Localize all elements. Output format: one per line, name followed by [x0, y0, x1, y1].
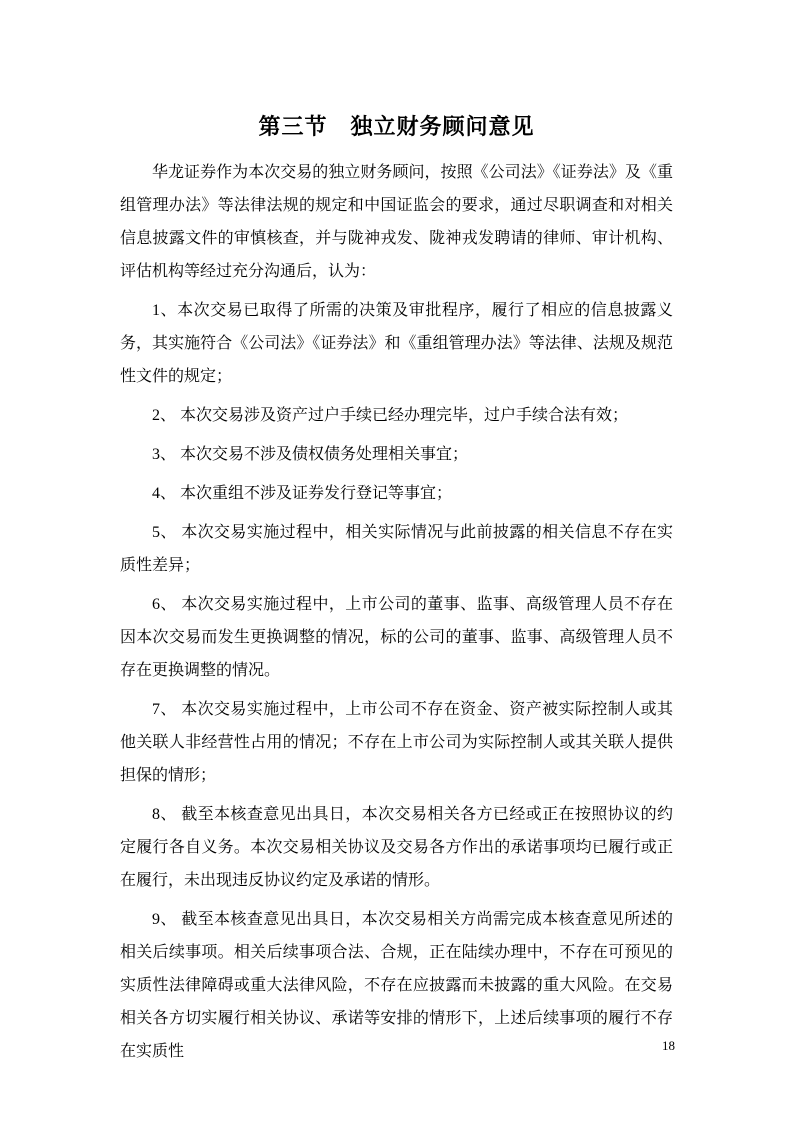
opinion-item-8: 8、 截至本核查意见出具日，本次交易相关各方已经或正在按照协议的约定履行各自义务… [120, 798, 673, 897]
opinion-item-2: 2、 本次交易涉及资产过户手续已经办理完毕，过户手续合法有效； [120, 399, 673, 432]
opinion-item-4: 4、 本次重组不涉及证券发行登记等事宜； [120, 477, 673, 510]
opinion-item-3: 3、 本次交易不涉及债权债务处理相关事宜； [120, 438, 673, 471]
opinion-item-9: 9、 截至本核查意见出具日，本次交易相关方尚需完成本核查意见所述的相关后续事项。… [120, 903, 673, 1068]
intro-paragraph: 华龙证券作为本次交易的独立财务顾问，按照《公司法》《证券法》及《重组管理办法》等… [120, 156, 673, 288]
page-number: 18 [662, 1038, 675, 1054]
opinion-item-6: 6、 本次交易实施过程中，上市公司的董事、监事、高级管理人员不存在因本次交易而发… [120, 588, 673, 687]
section-title: 第三节 独立财务顾问意见 [120, 112, 673, 142]
opinion-item-1: 1、本次交易已取得了所需的决策及审批程序，履行了相应的信息披露义务，其实施符合《… [120, 294, 673, 393]
document-page: 第三节 独立财务顾问意见 华龙证券作为本次交易的独立财务顾问，按照《公司法》《证… [0, 0, 793, 1122]
opinion-item-5: 5、 本次交易实施过程中，相关实际情况与此前披露的相关信息不存在实质性差异； [120, 516, 673, 582]
opinion-item-7: 7、 本次交易实施过程中，上市公司不存在资金、资产被实际控制人或其他关联人非经营… [120, 693, 673, 792]
